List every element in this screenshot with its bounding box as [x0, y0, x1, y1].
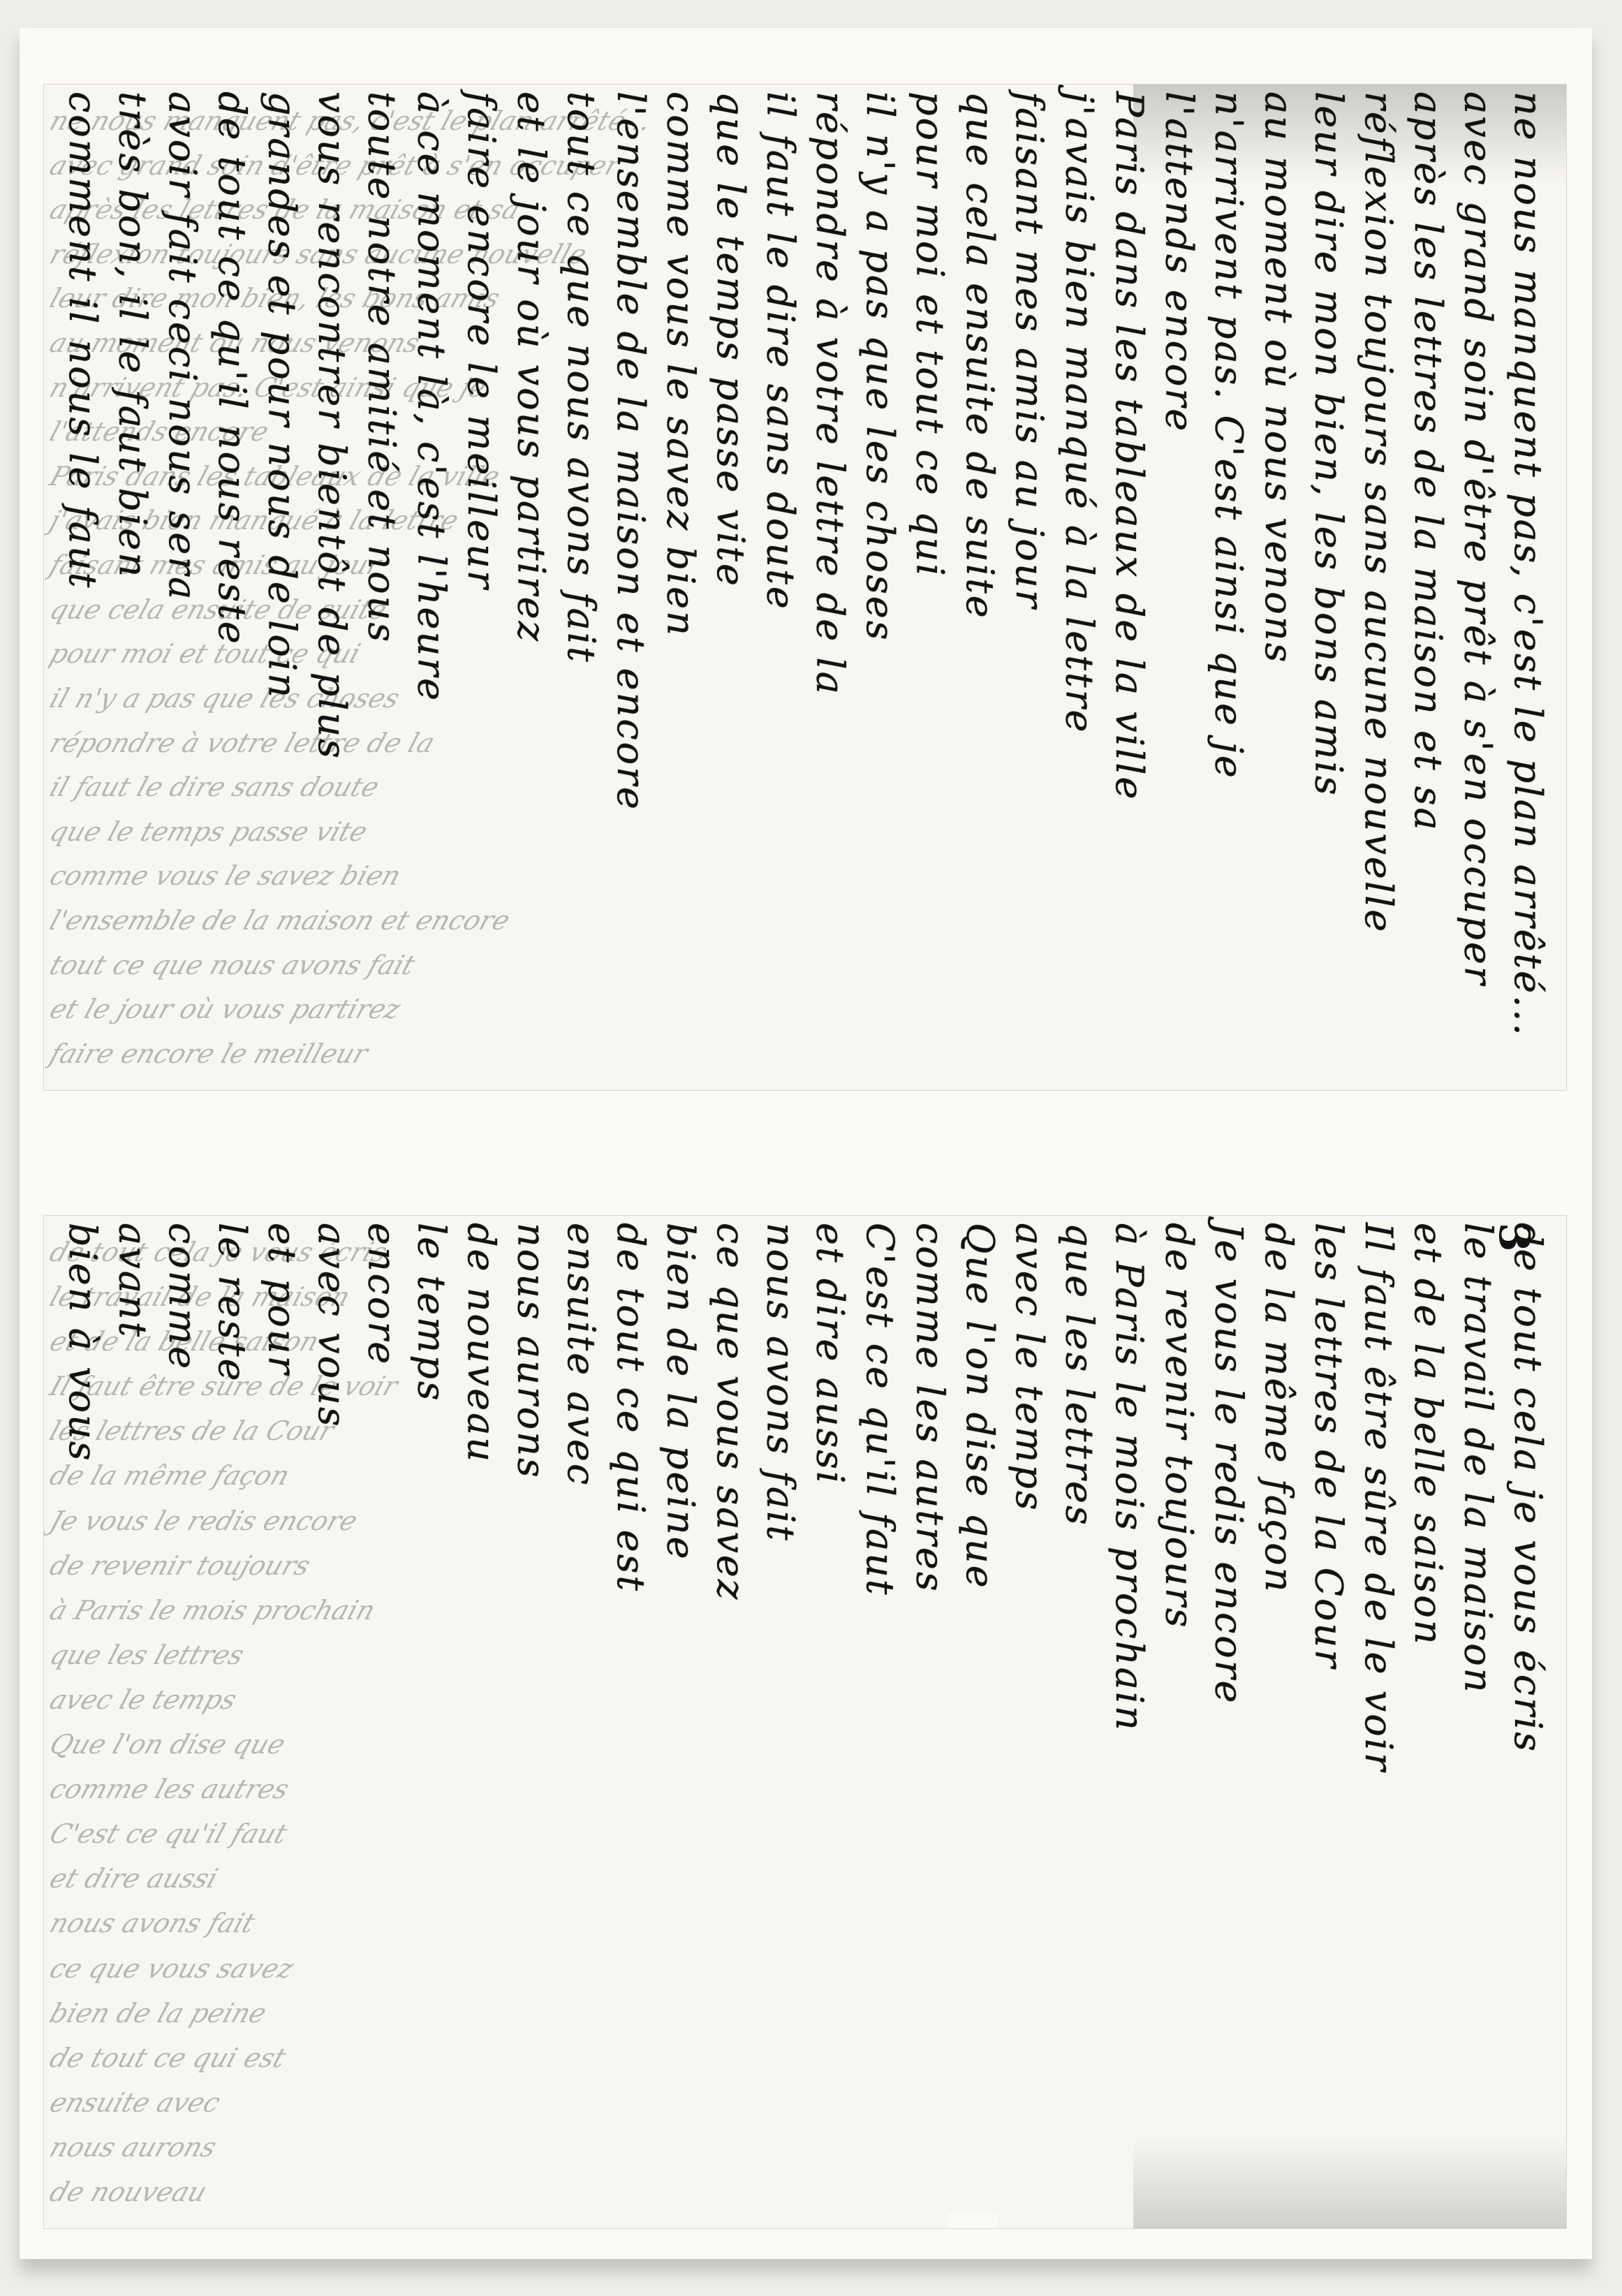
handwritten-line: de tout ce qui est [606, 1223, 655, 2221]
handwritten-line: il faut le dire sans doute [755, 91, 804, 1083]
handwritten-line: très bon, il le faut bien [108, 91, 156, 1083]
handwritten-line: le temps [407, 1223, 456, 2221]
handwritten-line: de tout cela je vous écris [1503, 1223, 1552, 2221]
handwritten-line: encore [357, 1223, 406, 2221]
handwritten-line: ce que vous savez [706, 1223, 755, 2221]
handwritten-line: à Paris le mois prochain [1105, 1223, 1153, 2221]
handwritten-lines: ne nous manquent pas, c'est le plan arrê… [44, 84, 1566, 1090]
manuscript-sheet-2: de tout cela je vous écrisle travail de … [43, 1215, 1567, 2229]
handwritten-line: et le jour où vous partirez [506, 91, 555, 1083]
handwritten-line: de revenir toujours [1154, 1223, 1203, 2221]
handwritten-line: avec grand soin d'être prêt à s'en occup… [1454, 91, 1503, 1083]
handwritten-line: C'est ce qu'il faut [855, 1223, 904, 2221]
handwritten-line: que les lettres [1055, 1223, 1104, 2221]
handwritten-line: bien à vous [58, 1223, 107, 2221]
handwritten-line: l'attends encore [1154, 91, 1203, 1083]
handwritten-line: Je vous le redis encore [1204, 1223, 1253, 2221]
handwritten-line: de nouveau [457, 1223, 506, 2221]
handwritten-line: avant [108, 1223, 156, 2221]
handwritten-line: faire encore le meilleur [457, 91, 506, 1083]
handwritten-line: de la même façon [1254, 1223, 1303, 2221]
handwritten-line: avoir fait ceci nous sera [158, 91, 207, 1083]
page-number: 3 [1489, 1223, 1538, 1252]
handwritten-line: Paris dans les tableaux de la ville [1105, 91, 1153, 1083]
handwritten-line: après les lettres de la maison et sa [1403, 91, 1452, 1083]
handwritten-line: toute notre amitié et nous [357, 91, 406, 1083]
handwritten-line: et de la belle saison [1403, 1223, 1452, 2221]
handwritten-line: ne nous manquent pas, c'est le plan arrê… [1503, 91, 1552, 1083]
handwritten-line: vous rencontrer bientôt de plus [307, 91, 356, 1083]
handwritten-line: les lettres de la Cour [1304, 1223, 1352, 2221]
handwritten-line: le travail de la maison [1454, 1223, 1503, 2221]
handwritten-line: au moment où nous venons [1254, 91, 1303, 1083]
handwritten-line: ensuite avec [556, 1223, 605, 2221]
handwritten-line: réflexion toujours sans aucune nouvelle [1354, 91, 1403, 1083]
handwritten-line: et dire aussi [806, 1223, 855, 2221]
handwritten-line: et pour [258, 1223, 307, 2221]
handwritten-line: l'ensemble de la maison et encore [606, 91, 655, 1083]
handwritten-line: nous avons fait [755, 1223, 804, 2221]
handwritten-line: il n'y a pas que les choses [855, 91, 904, 1083]
handwritten-line: répondre à votre lettre de la [806, 91, 855, 1083]
handwritten-line: avec le temps [1005, 1223, 1054, 2221]
handwritten-line: Que l'on dise que [955, 1223, 1004, 2221]
handwritten-line: comme [158, 1223, 207, 2221]
handwritten-line: grandes et pour nous de loin [258, 91, 307, 1083]
handwritten-line: que le temps passe vite [706, 91, 755, 1083]
handwritten-line: n'arrivent pas. C'est ainsi que je [1204, 91, 1253, 1083]
handwritten-line: le reste [207, 1223, 256, 2221]
handwritten-line: comme vous le savez bien [656, 91, 705, 1083]
handwritten-line: bien de la peine [656, 1223, 705, 2221]
handwritten-line: comme les autres [905, 1223, 954, 2221]
handwritten-line: nous aurons [506, 1223, 555, 2221]
handwritten-line: j'avais bien manqué à la lettre [1055, 91, 1104, 1083]
handwritten-line: à ce moment là, c'est l'heure [407, 91, 456, 1083]
handwritten-line: leur dire mon bien, les bons amis [1304, 91, 1352, 1083]
handwritten-line: comment il nous le faut [58, 91, 107, 1083]
handwritten-line: que cela ensuite de suite [955, 91, 1004, 1083]
handwritten-line: tout ce que nous avons fait [556, 91, 605, 1083]
handwritten-line: avec vous [307, 1223, 356, 2221]
handwritten-line: faisant mes amis au jour [1005, 91, 1054, 1083]
handwritten-line: Il faut être sûre de le voir [1354, 1223, 1403, 2221]
handwritten-line: de tout ce qu'il nous reste [207, 91, 256, 1083]
handwritten-line: pour moi et tout ce qui [905, 91, 954, 1083]
manuscript-sheet-1: ne nous manquent pas, c'est le plan arrê… [43, 84, 1567, 1091]
handwritten-lines: de tout cela je vous écrisle travail de … [44, 1216, 1566, 2228]
